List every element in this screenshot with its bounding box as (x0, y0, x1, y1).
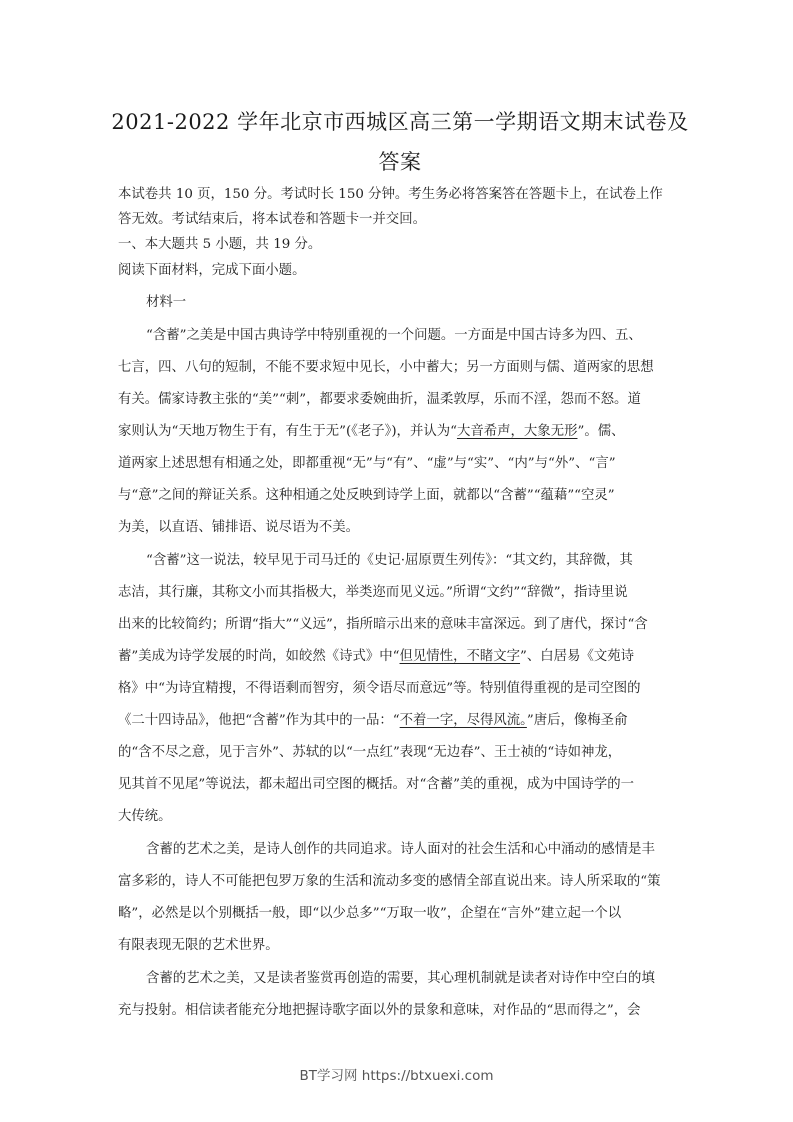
underlined-quote: 不着一字，尽得风流。 (400, 713, 527, 728)
paragraph-line: 含蓄的艺术之美，是诗人创作的共同追求。诗人面对的社会生活和心中涌动的感情是丰 (146, 838, 655, 857)
paragraph-line: “含蓄”之美是中国古典诗学中特别重视的一个问题。一方面是中国古诗多为四、五、 (146, 324, 642, 343)
document-title-line2: 答案 (100, 146, 700, 176)
underlined-quote: 但见情性，不睹文字 (400, 649, 521, 664)
paragraph-line: 蓄”美成为诗学发展的时尚，如皎然《诗式》中“但见情性，不睹文字”、白居易《文苑诗 (118, 645, 634, 664)
paragraph-line: 富多彩的，诗人不可能把包罗万象的生活和流动多变的感情全部直说出来。诗人所采取的“… (118, 870, 660, 889)
instruction-line: 阅读下面材料，完成下面小题。 (118, 259, 305, 278)
section-heading: 一、本大题共 5 小题，共 19 分。 (118, 233, 321, 252)
paragraph-line: 含蓄的艺术之美，又是读者鉴赏再创造的需要，其心理机制就是读者对诗作中空白的填 (146, 967, 655, 986)
text: 蓄”美成为诗学发展的时尚，如皎然《诗式》中“ (118, 649, 400, 664)
paragraph-line: 大传统。 (118, 805, 172, 824)
paragraph-line: 见其首不见尾”等说法，都未超出司空图的概括。对“含蓄”美的重视，成为中国诗学的一 (118, 773, 634, 792)
text: ”、白居易《文苑诗 (520, 649, 634, 664)
paragraph-line: 为美，以直语、铺排语、说尽语为不美。 (118, 516, 359, 535)
paragraph-line: 志洁，其行廉，其称文小而其指极大，举类迩而见义远。”所谓“文约”“辞微”，指诗里… (118, 581, 628, 600)
text: ”。儒、 (577, 424, 624, 439)
paragraph-line: 有关。儒家诗教主张的“美”“刺”，都要求委婉曲折，温柔敦厚，乐而不淫，怨而不怒。… (118, 388, 641, 407)
underlined-quote: 大音希声，大象无形 (457, 424, 578, 439)
paragraph-line: 家则认为“天地万物生于有，有生于无”(《老子》)，并认为“大音希声，大象无形”。… (118, 420, 625, 439)
text: ”唐后，像梅圣俞 (527, 713, 628, 728)
paragraph-line: 出来的比较简约；所谓“指大”“义远”，指所暗示出来的意味丰富深远。到了唐代，探讨… (118, 613, 648, 632)
material-label: 材料一 (146, 291, 186, 310)
paragraph-line: 的“含不尽之意，见于言外”、苏轼的以“一点红”表现“无边春”、王士祯的“诗如神龙… (118, 741, 621, 760)
paragraph-line: 有限表现无限的艺术世界。 (118, 934, 279, 953)
document-title-line1: 2021-2022 学年北京市西城区高三第一学期语文期末试卷及 (100, 106, 700, 136)
intro-line: 答无效。考试结束后，将本试卷和答题卡一并交回。 (118, 208, 426, 227)
paragraph-line: 道两家上述思想有相通之处，即都重视“无”与“有”、“虚”与“实”、“内”与“外”… (118, 452, 616, 471)
paragraph-line: 《二十四诗品》，他把“含蓄”作为其中的一品：“不着一字，尽得风流。”唐后，像梅圣… (118, 709, 627, 728)
footer-watermark: BT学习网 https://btxuexi.com (0, 1064, 793, 1084)
paragraph-line: 略”，必然是以个别概括一般，即“以少总多”“万取一收”，企望在“言外”建立起一个… (118, 902, 621, 921)
paragraph-line: 与“意”之间的辩证关系。这种相通之处反映到诗学上面，就都以“含蓄”“蕴藉”“空灵… (118, 484, 615, 503)
text: 家则认为“天地万物生于有，有生于无”(《老子》)，并认为“ (118, 424, 457, 439)
paragraph-line: “含蓄”这一说法，较早见于司马迁的《史记·屈原贾生列传》：“其文约，其辞微，其 (146, 549, 633, 568)
document-page: 2021-2022 学年北京市西城区高三第一学期语文期末试卷及 答案 本试卷共 … (0, 0, 793, 1122)
paragraph-line: 充与投射。相信读者能充分地把握诗歌字面以外的景象和意味，对作品的“思而得之”，会 (118, 999, 641, 1018)
text: 《二十四诗品》，他把“含蓄”作为其中的一品：“ (118, 713, 400, 728)
intro-line: 本试卷共 10 页，150 分。考试时长 150 分钟。考生务必将答案答在答题卡… (118, 183, 663, 202)
paragraph-line: 七言，四、八句的短制，不能不要求短中见长，小中蓄大；另一方面则与儒、道两家的思想 (118, 356, 654, 375)
paragraph-line: 格》中“为诗宜精搜，不得语剩而智穷，须令语尽而意远”等。特别值得重视的是司空图的 (118, 677, 641, 696)
